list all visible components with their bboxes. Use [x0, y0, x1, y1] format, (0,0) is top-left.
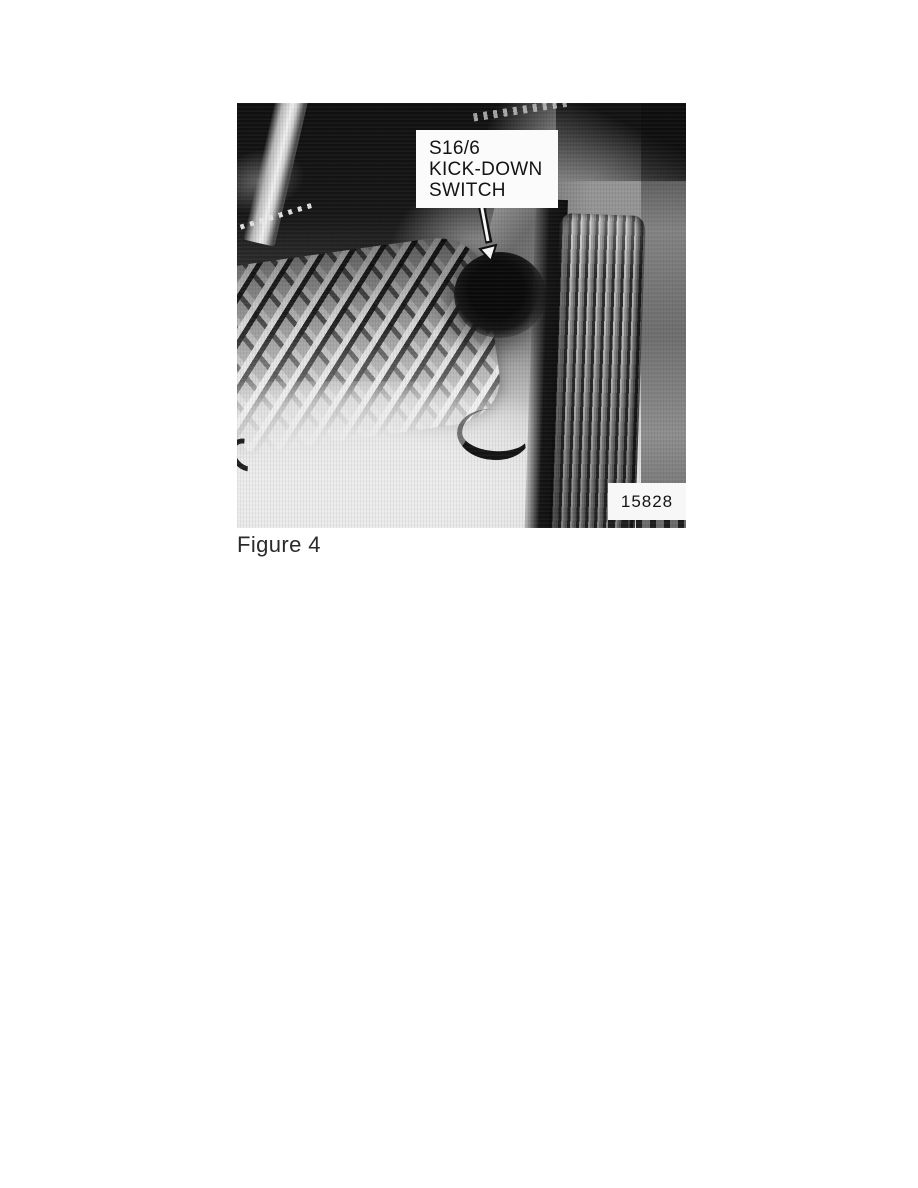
photo-number: 15828: [621, 492, 673, 512]
pedal-area-photo: S16/6 KICK-DOWN SWITCH 15828: [237, 103, 686, 528]
figure-caption: Figure 4: [237, 531, 321, 559]
manual-page: S16/6 KICK-DOWN SWITCH 15828 Figure 4: [0, 0, 918, 1188]
callout-box: S16/6 KICK-DOWN SWITCH: [416, 130, 558, 208]
photo-number-tag: 15828: [608, 483, 686, 520]
callout-switch-id: S16/6: [429, 138, 558, 159]
callout-label-line3: SWITCH: [429, 180, 558, 201]
callout-label-line2: KICK-DOWN: [429, 159, 558, 180]
